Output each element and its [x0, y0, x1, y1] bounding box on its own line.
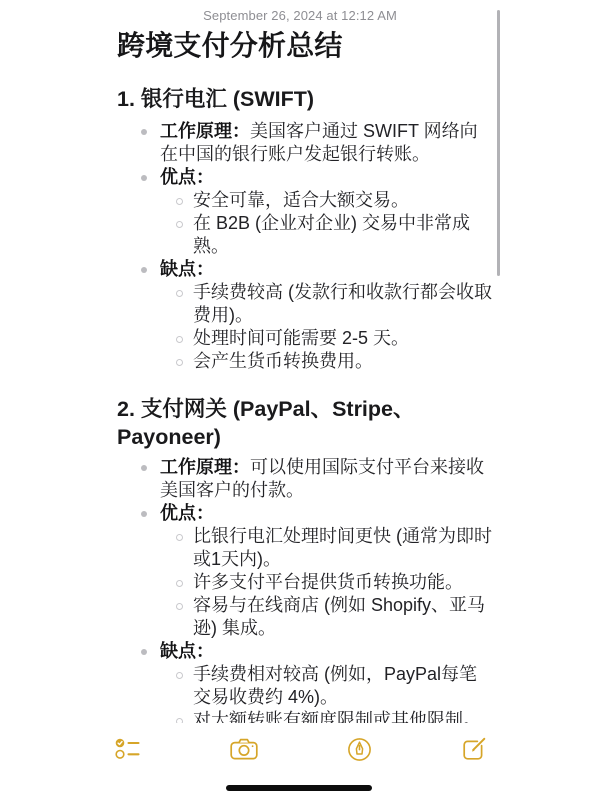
item-text: 安全可靠，适合大额交易。 [193, 190, 409, 210]
camera-icon [230, 738, 258, 760]
item-text: 会产生货币转换费用。 [193, 351, 373, 371]
markup-icon [347, 737, 372, 762]
item-text: 手续费相对较高 (例如，PayPal每笔交易收费约 4%)。 [193, 664, 477, 707]
list-item: 会产生货币转换费用。 [117, 350, 492, 373]
checklist-icon [115, 737, 143, 761]
section-heading: 1. 银行电汇 (SWIFT) [117, 85, 492, 113]
note-title: 跨境支付分析总结 [117, 29, 492, 63]
item-label: 工作原理： [160, 121, 250, 141]
item-label: 缺点： [160, 259, 214, 279]
bullet-list: 工作原理：可以使用国际支付平台来接收美国客户的付款。 优点： 比银行电汇处理时间… [117, 456, 492, 723]
item-text: 对大额转账有额度限制或其他限制。 [193, 710, 481, 723]
item-label: 优点： [160, 167, 214, 187]
list-item: 缺点： [117, 640, 492, 663]
list-item: 工作原理：可以使用国际支付平台来接收美国客户的付款。 [117, 456, 492, 502]
list-item: 手续费相对较高 (例如，PayPal每笔交易收费约 4%)。 [117, 663, 492, 709]
item-text: 许多支付平台提供货币转换功能。 [193, 572, 463, 592]
camera-button[interactable] [230, 736, 258, 762]
list-item: 优点： [117, 502, 492, 525]
item-text: 容易与在线商店 (例如 Shopify、亚马逊) 集成。 [193, 595, 485, 638]
scrollbar-thumb[interactable] [497, 10, 500, 276]
note-editor[interactable]: September 26, 2024 at 12:12 AM 跨境支付分析总结 … [0, 0, 600, 723]
list-item: 对大额转账有额度限制或其他限制。 [117, 709, 492, 723]
list-item: 许多支付平台提供货币转换功能。 [117, 571, 492, 594]
list-item: 安全可靠，适合大额交易。 [117, 189, 492, 212]
section-heading: 2. 支付网关 (PayPal、Stripe、Payoneer) [117, 395, 492, 451]
item-label: 工作原理： [160, 457, 250, 477]
list-item: 工作原理：美国客户通过 SWIFT 网络向在中国的银行账户发起银行转账。 [117, 120, 492, 166]
home-indicator[interactable] [226, 785, 372, 791]
item-label: 优点： [160, 503, 214, 523]
compose-icon [462, 737, 487, 762]
list-item: 手续费较高 (发款行和收款行都会收取费用)。 [117, 281, 492, 327]
note-timestamp: September 26, 2024 at 12:12 AM [0, 8, 600, 24]
checklist-button[interactable] [115, 736, 143, 762]
list-item: 优点： [117, 166, 492, 189]
item-text: 比银行电汇处理时间更快 (通常为即时或1天内)。 [193, 526, 492, 569]
list-item: 比银行电汇处理时间更快 (通常为即时或1天内)。 [117, 525, 492, 571]
list-item: 缺点： [117, 258, 492, 281]
compose-button[interactable] [460, 736, 488, 762]
list-item: 在 B2B (企业对企业) 交易中非常成熟。 [117, 212, 492, 258]
item-text: 手续费较高 (发款行和收款行都会收取费用)。 [193, 282, 492, 325]
notes-app-screen: September 26, 2024 at 12:12 AM 跨境支付分析总结 … [0, 0, 600, 799]
list-item: 处理时间可能需要 2-5 天。 [117, 327, 492, 350]
item-text: 在 B2B (企业对企业) 交易中非常成熟。 [193, 213, 470, 256]
item-label: 缺点： [160, 641, 214, 661]
item-text: 处理时间可能需要 2-5 天。 [193, 328, 409, 348]
markup-button[interactable] [345, 736, 373, 762]
note-content: 跨境支付分析总结 1. 银行电汇 (SWIFT) 工作原理：美国客户通过 SWI… [117, 29, 492, 723]
list-item: 容易与在线商店 (例如 Shopify、亚马逊) 集成。 [117, 594, 492, 640]
bullet-list: 工作原理：美国客户通过 SWIFT 网络向在中国的银行账户发起银行转账。 优点：… [117, 120, 492, 373]
